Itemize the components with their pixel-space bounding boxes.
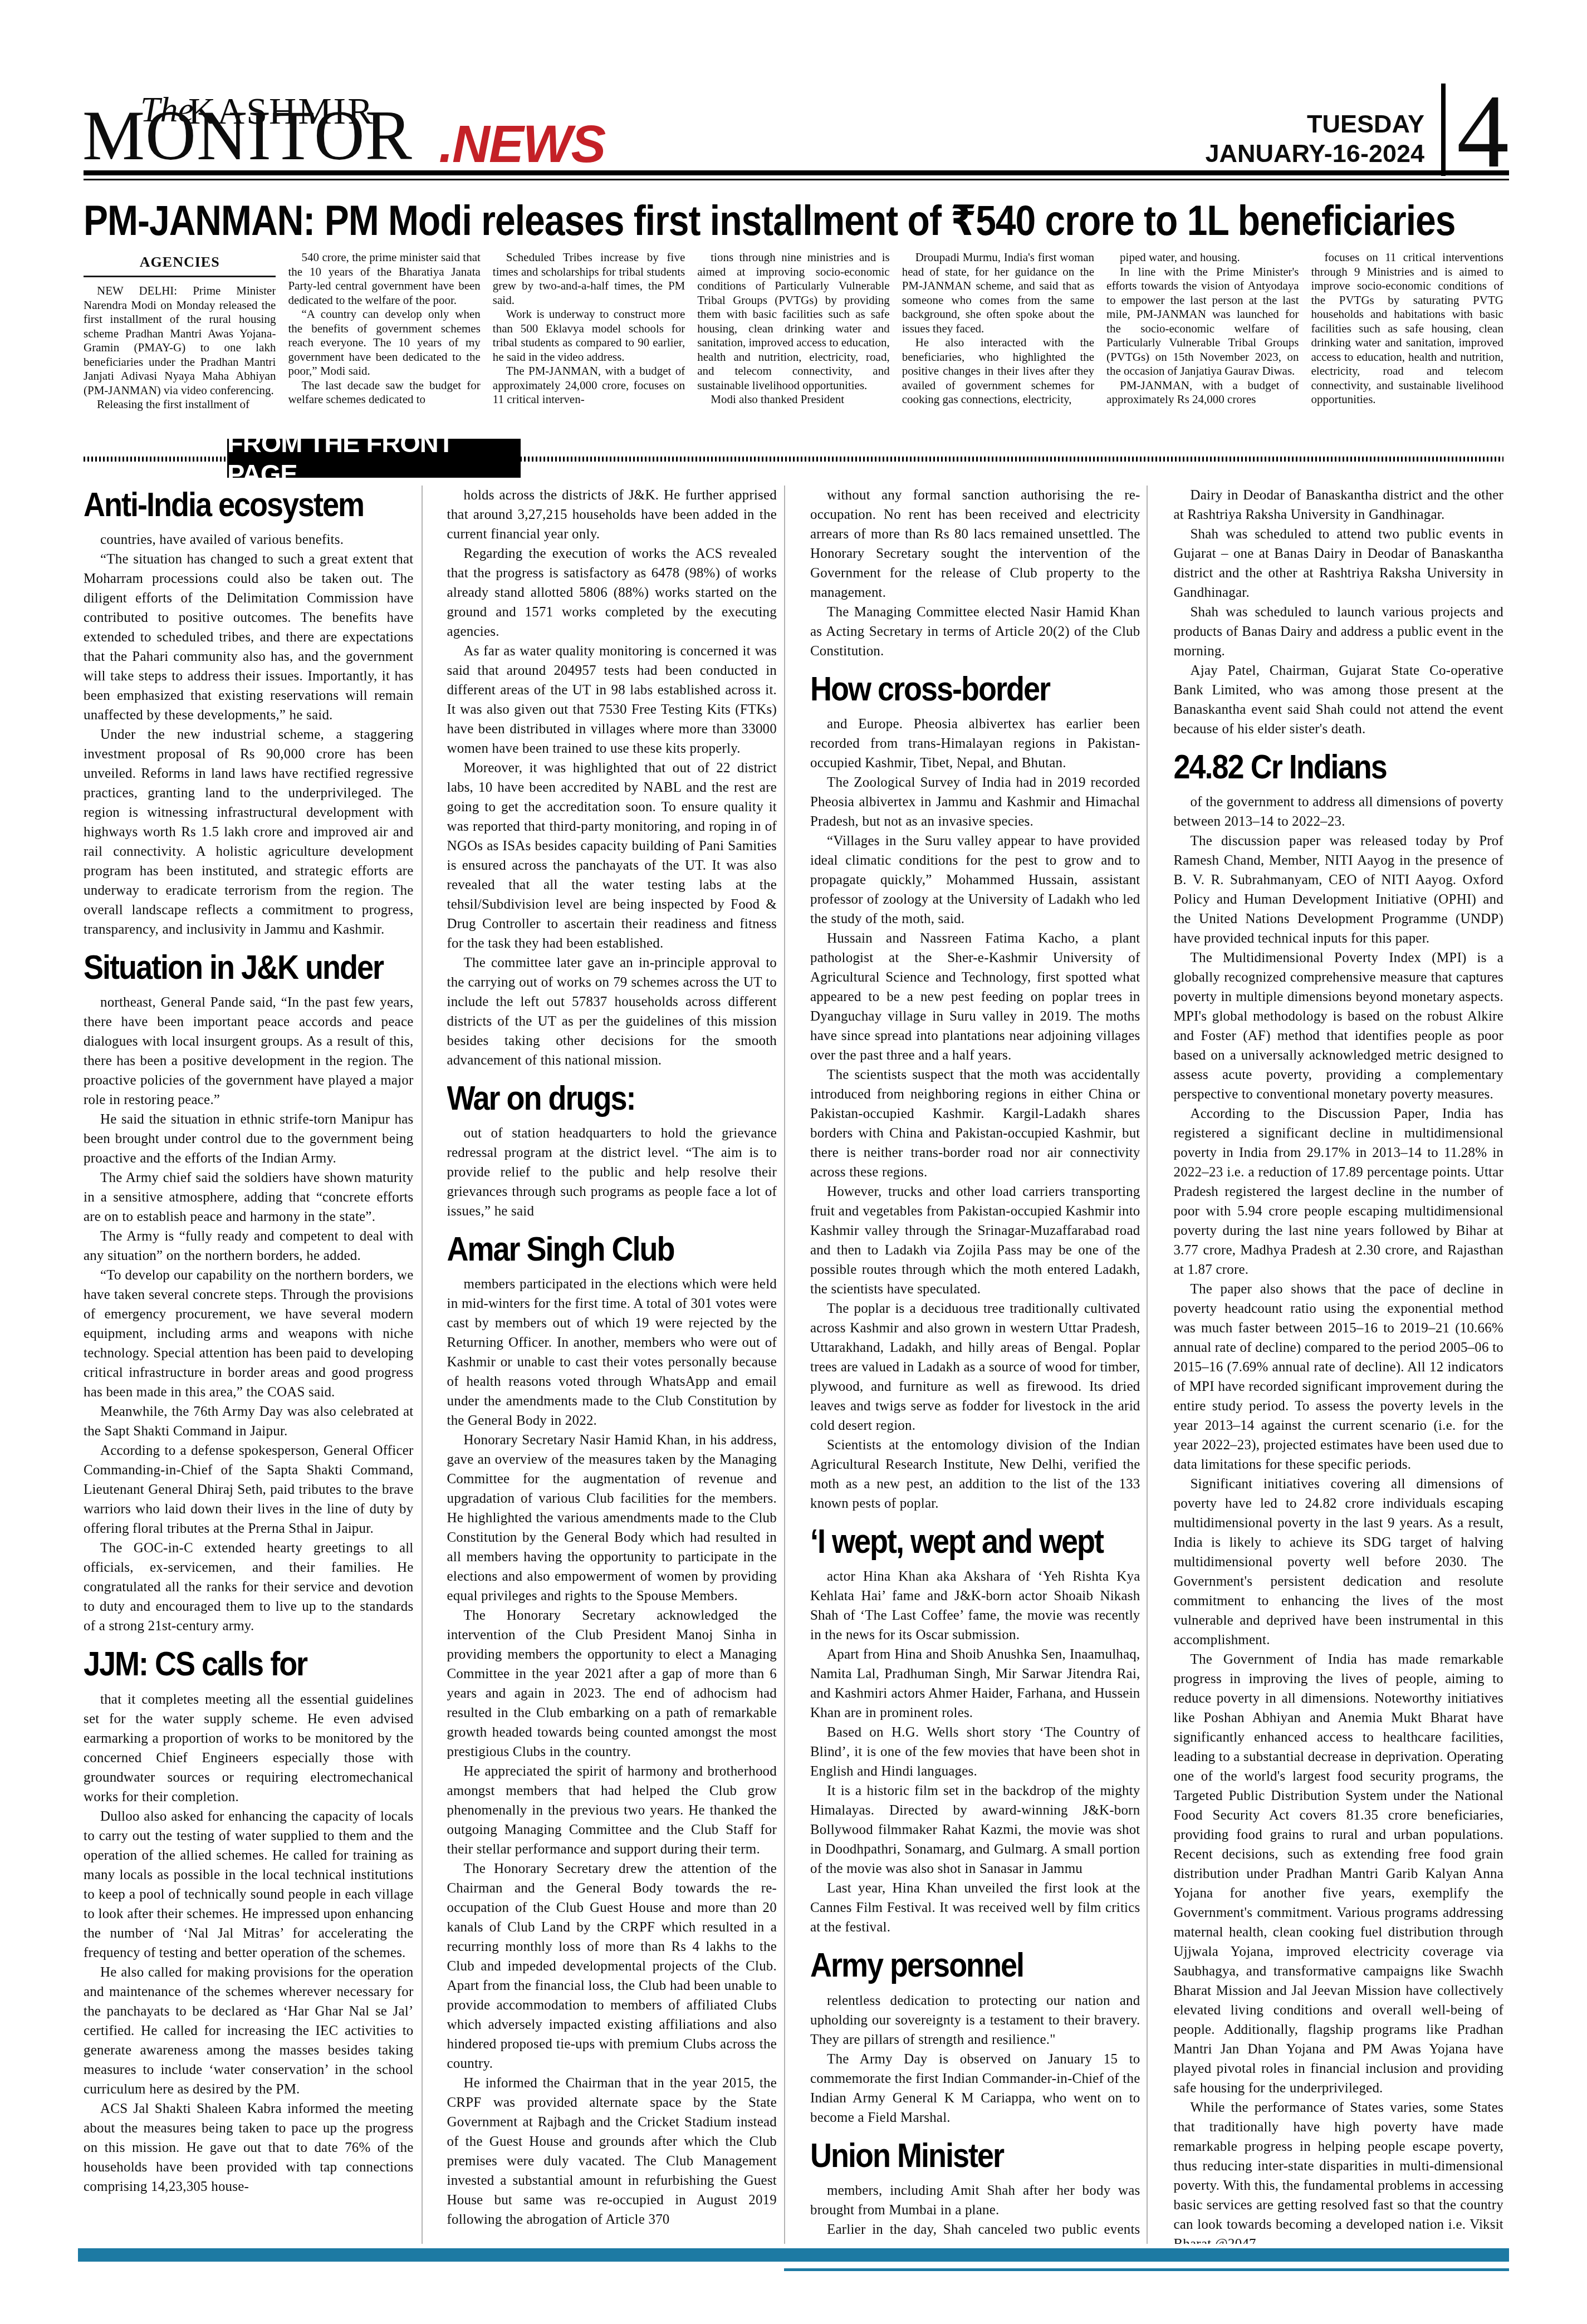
article-paragraph: countries, have availed of various benef… — [84, 530, 414, 550]
article-paragraph: The poplar is a deciduous tree tradition… — [810, 1299, 1140, 1435]
article-headline: Union Minister — [810, 2134, 1140, 2178]
article-paragraph: Based on H.G. Wells short story ‘The Cou… — [810, 1723, 1140, 1781]
lead-paragraph: Scheduled Tribes increase by five times … — [493, 251, 685, 307]
article-headline: ‘I wept, wept and wept — [810, 1520, 1140, 1564]
article-paragraph: The paper also shows that the pace of de… — [1174, 1279, 1504, 1474]
article-paragraph: out of station headquarters to hold the … — [447, 1124, 777, 1221]
article-paragraph: Meanwhile, the 76th Army Day was also ce… — [84, 1402, 414, 1441]
lead-story: AGENCIESNEW DELHI: Prime Minister Narend… — [84, 251, 1503, 449]
article-paragraph: The Multidimensional Poverty Index (MPI)… — [1174, 948, 1504, 1104]
article-headline: War on drugs: — [447, 1077, 777, 1121]
article-paragraph: Last year, Hina Khan unveiled the first … — [810, 1879, 1140, 1937]
article-paragraph: He said the situation in ethnic strife-t… — [84, 1110, 414, 1168]
column-rule — [784, 486, 785, 2244]
dateline-day: TUESDAY — [1090, 109, 1424, 139]
bottom-bar — [78, 2248, 1509, 2262]
article-paragraph: “Villages in the Suru valley appear to h… — [810, 831, 1140, 929]
body-column: without any formal sanction authorising … — [810, 486, 1140, 2244]
article-paragraph: Regarding the execution of works the ACS… — [447, 544, 777, 641]
lead-paragraph: Droupadi Murmu, India's first woman head… — [902, 251, 1094, 336]
article-paragraph: The Managing Committee elected Nasir Ham… — [810, 602, 1140, 661]
article-headline: Situation in J&K under — [84, 946, 414, 990]
lead-paragraph: Work is underway to construct more than … — [493, 307, 685, 364]
article-paragraph: Apart from Hina and Shoib Anushka Sen, I… — [810, 1645, 1140, 1723]
article-paragraph: According to the Discussion Paper, India… — [1174, 1104, 1504, 1279]
lead-column: AGENCIESNEW DELHI: Prime Minister Narend… — [84, 251, 276, 449]
bottom-bar-thin — [784, 2268, 1509, 2271]
article-paragraph: of the government to address all dimensi… — [1174, 792, 1504, 831]
section-banner: FROM THE FRONT PAGE — [227, 439, 521, 478]
body-columns: Anti-India ecosystemcountries, have avai… — [84, 486, 1503, 2244]
page-number-separator — [1441, 84, 1446, 176]
article-paragraph: The discussion paper was released today … — [1174, 831, 1504, 948]
lead-paragraph: Modi also thanked President — [697, 393, 889, 407]
lead-column: Scheduled Tribes increase by five times … — [493, 251, 685, 449]
article-paragraph: Moreover, it was highlighted that out of… — [447, 758, 777, 953]
article-paragraph: “The situation has changed to such a gre… — [84, 550, 414, 725]
masthead-rule-thick — [84, 170, 1509, 175]
lead-paragraph: In line with the Prime Minister's effort… — [1106, 265, 1299, 379]
article-paragraph: As far as water quality monitoring is co… — [447, 641, 777, 758]
article-paragraph: Shah was scheduled to attend two public … — [1174, 524, 1504, 602]
article-paragraph: The GOC-in-C extended hearty greetings t… — [84, 1538, 414, 1636]
lead-column: piped water, and housing.In line with th… — [1106, 251, 1299, 449]
article-paragraph: Hussain and Nassreen Fatima Kacho, a pla… — [810, 929, 1140, 1065]
article-paragraph: Ajay Patel, Chairman, Gujarat State Co-o… — [1174, 661, 1504, 739]
article-headline: Amar Singh Club — [447, 1228, 777, 1272]
article-paragraph: According to a defense spokesperson, Gen… — [84, 1441, 414, 1538]
article-headline: JJM: CS calls for — [84, 1643, 414, 1686]
lead-paragraph: The last decade saw the budget for welfa… — [288, 379, 480, 407]
article-paragraph: He informed the Chairman that in the yea… — [447, 2073, 777, 2229]
dateline-date: JANUARY-16-2024 — [1090, 139, 1424, 168]
article-headline: How cross-border — [810, 668, 1140, 712]
column-rule — [1147, 486, 1148, 2244]
article-paragraph: relentless dedication to protecting our … — [810, 1991, 1140, 2050]
article-paragraph: Earlier in the day, Shah canceled two pu… — [810, 2220, 1140, 2244]
article-paragraph: The Government of India has made remarka… — [1174, 1650, 1504, 2098]
byline: AGENCIES — [84, 254, 276, 277]
lead-paragraph: tions through nine ministries and is aim… — [697, 251, 889, 393]
lead-paragraph: 540 crore, the prime minister said that … — [288, 251, 480, 307]
article-paragraph: He also called for making provisions for… — [84, 1963, 414, 2099]
lead-paragraph: piped water, and housing. — [1106, 251, 1299, 265]
page-number: 4 — [1457, 79, 1509, 184]
article-paragraph: actor Hina Khan aka Akshara of ‘Yeh Rish… — [810, 1567, 1140, 1645]
article-paragraph: without any formal sanction authorising … — [810, 486, 1140, 602]
lead-paragraph: Releasing the first installment of — [84, 398, 276, 412]
lead-column: 540 crore, the prime minister said that … — [288, 251, 480, 449]
article-headline: Army personnel — [810, 1944, 1140, 1988]
article-paragraph: The scientists suspect that the moth was… — [810, 1065, 1140, 1182]
lead-column: focuses on 11 critical interventions thr… — [1311, 251, 1503, 449]
article-paragraph: Honorary Secretary Nasir Hamid Khan, in … — [447, 1430, 777, 1606]
newspaper-page: The KASHMIR MONITOR .NEWS TUESDAY JANUAR… — [0, 0, 1587, 2324]
article-paragraph: While the performance of States varies, … — [1174, 2098, 1504, 2244]
article-paragraph: The Army Day is observed on January 15 t… — [810, 2050, 1140, 2127]
lead-paragraph: “A country can develop only when the ben… — [288, 307, 480, 379]
article-paragraph: members participated in the elections wh… — [447, 1274, 777, 1430]
article-paragraph: northeast, General Pande said, “In the p… — [84, 993, 414, 1110]
article-paragraph: However, trucks and other load carriers … — [810, 1182, 1140, 1299]
article-paragraph: Shah was scheduled to launch various pro… — [1174, 602, 1504, 661]
lead-paragraph: PM-JANMAN, with a budget of approximatel… — [1106, 379, 1299, 407]
dateline: TUESDAY JANUARY-16-2024 — [1090, 109, 1424, 168]
article-paragraph: Dulloo also asked for enhancing the capa… — [84, 1807, 414, 1963]
body-column: holds across the districts of J&K. He fu… — [447, 486, 777, 2244]
article-paragraph: The Honorary Secretary drew the attentio… — [447, 1859, 777, 2073]
lead-paragraph: He also interacted with the beneficiarie… — [902, 336, 1094, 407]
article-paragraph: The Zoological Survey of India had in 20… — [810, 773, 1140, 831]
article-paragraph: The committee later gave an in-principle… — [447, 953, 777, 1070]
article-paragraph: members, including Amit Shah after her b… — [810, 2181, 1140, 2220]
lead-column: Droupadi Murmu, India's first woman head… — [902, 251, 1094, 449]
article-headline: Anti-India ecosystem — [84, 486, 414, 527]
body-column: Anti-India ecosystemcountries, have avai… — [84, 486, 414, 2244]
main-headline: PM-JANMAN: PM Modi releases first instal… — [84, 196, 1509, 245]
article-paragraph: It is a historic film set in the backdro… — [810, 1781, 1140, 1879]
body-column: Dairy in Deodar of Banaskantha district … — [1174, 486, 1504, 2244]
masthead-logo-news: .NEWS — [439, 118, 605, 170]
article-paragraph: The Army chief said the soldiers have sh… — [84, 1168, 414, 1227]
article-paragraph: Under the new industrial scheme, a stagg… — [84, 725, 414, 939]
article-headline: 24.82 Cr Indians — [1174, 746, 1504, 790]
article-paragraph: Dairy in Deodar of Banaskantha district … — [1174, 486, 1504, 524]
article-paragraph: Significant initiatives covering all dim… — [1174, 1474, 1504, 1650]
lead-paragraph: The PM-JANMAN, with a budget of approxim… — [493, 364, 685, 407]
article-paragraph: and Europe. Pheosia albivertex has earli… — [810, 714, 1140, 773]
lead-paragraph: focuses on 11 critical interventions thr… — [1311, 251, 1503, 407]
masthead-logo-monitor: MONITOR — [82, 101, 413, 171]
article-paragraph: The Army is “fully ready and competent t… — [84, 1227, 414, 1266]
lead-paragraph: NEW DELHI: Prime Minister Narendra Modi … — [84, 284, 276, 398]
article-paragraph: “To develop our capability on the northe… — [84, 1266, 414, 1402]
article-paragraph: holds across the districts of J&K. He fu… — [447, 486, 777, 544]
masthead-rule-thin — [84, 179, 1509, 180]
column-rule — [422, 486, 423, 2244]
article-paragraph: ACS Jal Shakti Shaleen Kabra informed th… — [84, 2099, 414, 2196]
article-paragraph: He appreciated the spirit of harmony and… — [447, 1762, 777, 1859]
article-paragraph: that it completes meeting all the essent… — [84, 1690, 414, 1807]
article-paragraph: The Honorary Secretary acknowledged the … — [447, 1606, 777, 1762]
lead-column: tions through nine ministries and is aim… — [697, 251, 889, 449]
article-paragraph: Scientists at the entomology division of… — [810, 1435, 1140, 1513]
